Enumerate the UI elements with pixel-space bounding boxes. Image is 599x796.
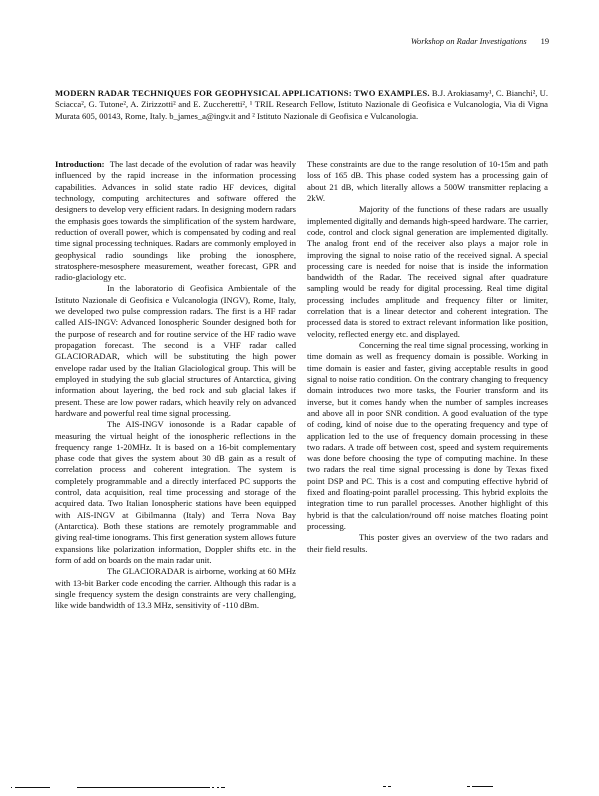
footer-rule [472,786,493,787]
footer-rule [15,787,50,788]
footer-rule [77,787,210,788]
footer-rule [467,786,470,787]
footer-rule [212,787,214,788]
paragraph: Introduction: The last decade of the evo… [55,159,296,283]
footer-rule [388,786,391,787]
paragraph: Majority of the functions of these radar… [307,204,548,340]
right-column: These constraints are due to the range r… [307,159,548,612]
footer-rule [217,787,219,788]
journal-name: Workshop on Radar Investigations [411,37,527,46]
paragraph: This poster gives an overview of the two… [307,532,548,555]
running-head: Workshop on Radar Investigations19 [411,37,549,46]
paragraph: The AIS-INGV ionosonde is a Radar capabl… [55,419,296,566]
page-number: 19 [541,37,549,46]
paragraph: The GLACIORADAR is airborne, working at … [55,566,296,611]
paper-header: MODERN RADAR TECHNIQUES FOR GEOPHYSICAL … [55,88,548,122]
body-columns: Introduction: The last decade of the evo… [55,159,548,612]
left-column: Introduction: The last decade of the evo… [55,159,296,612]
footer-rule [11,787,12,788]
paragraph: These constraints are due to the range r… [307,159,548,204]
section-heading: Introduction: [55,159,105,169]
paragraph: In the laboratorio di Geofisica Ambienta… [55,283,296,419]
paper-title: MODERN RADAR TECHNIQUES FOR GEOPHYSICAL … [55,88,430,98]
footer-rule [221,787,225,788]
paragraph: Concerning the real time signal processi… [307,340,548,532]
footer-rule [383,786,386,787]
